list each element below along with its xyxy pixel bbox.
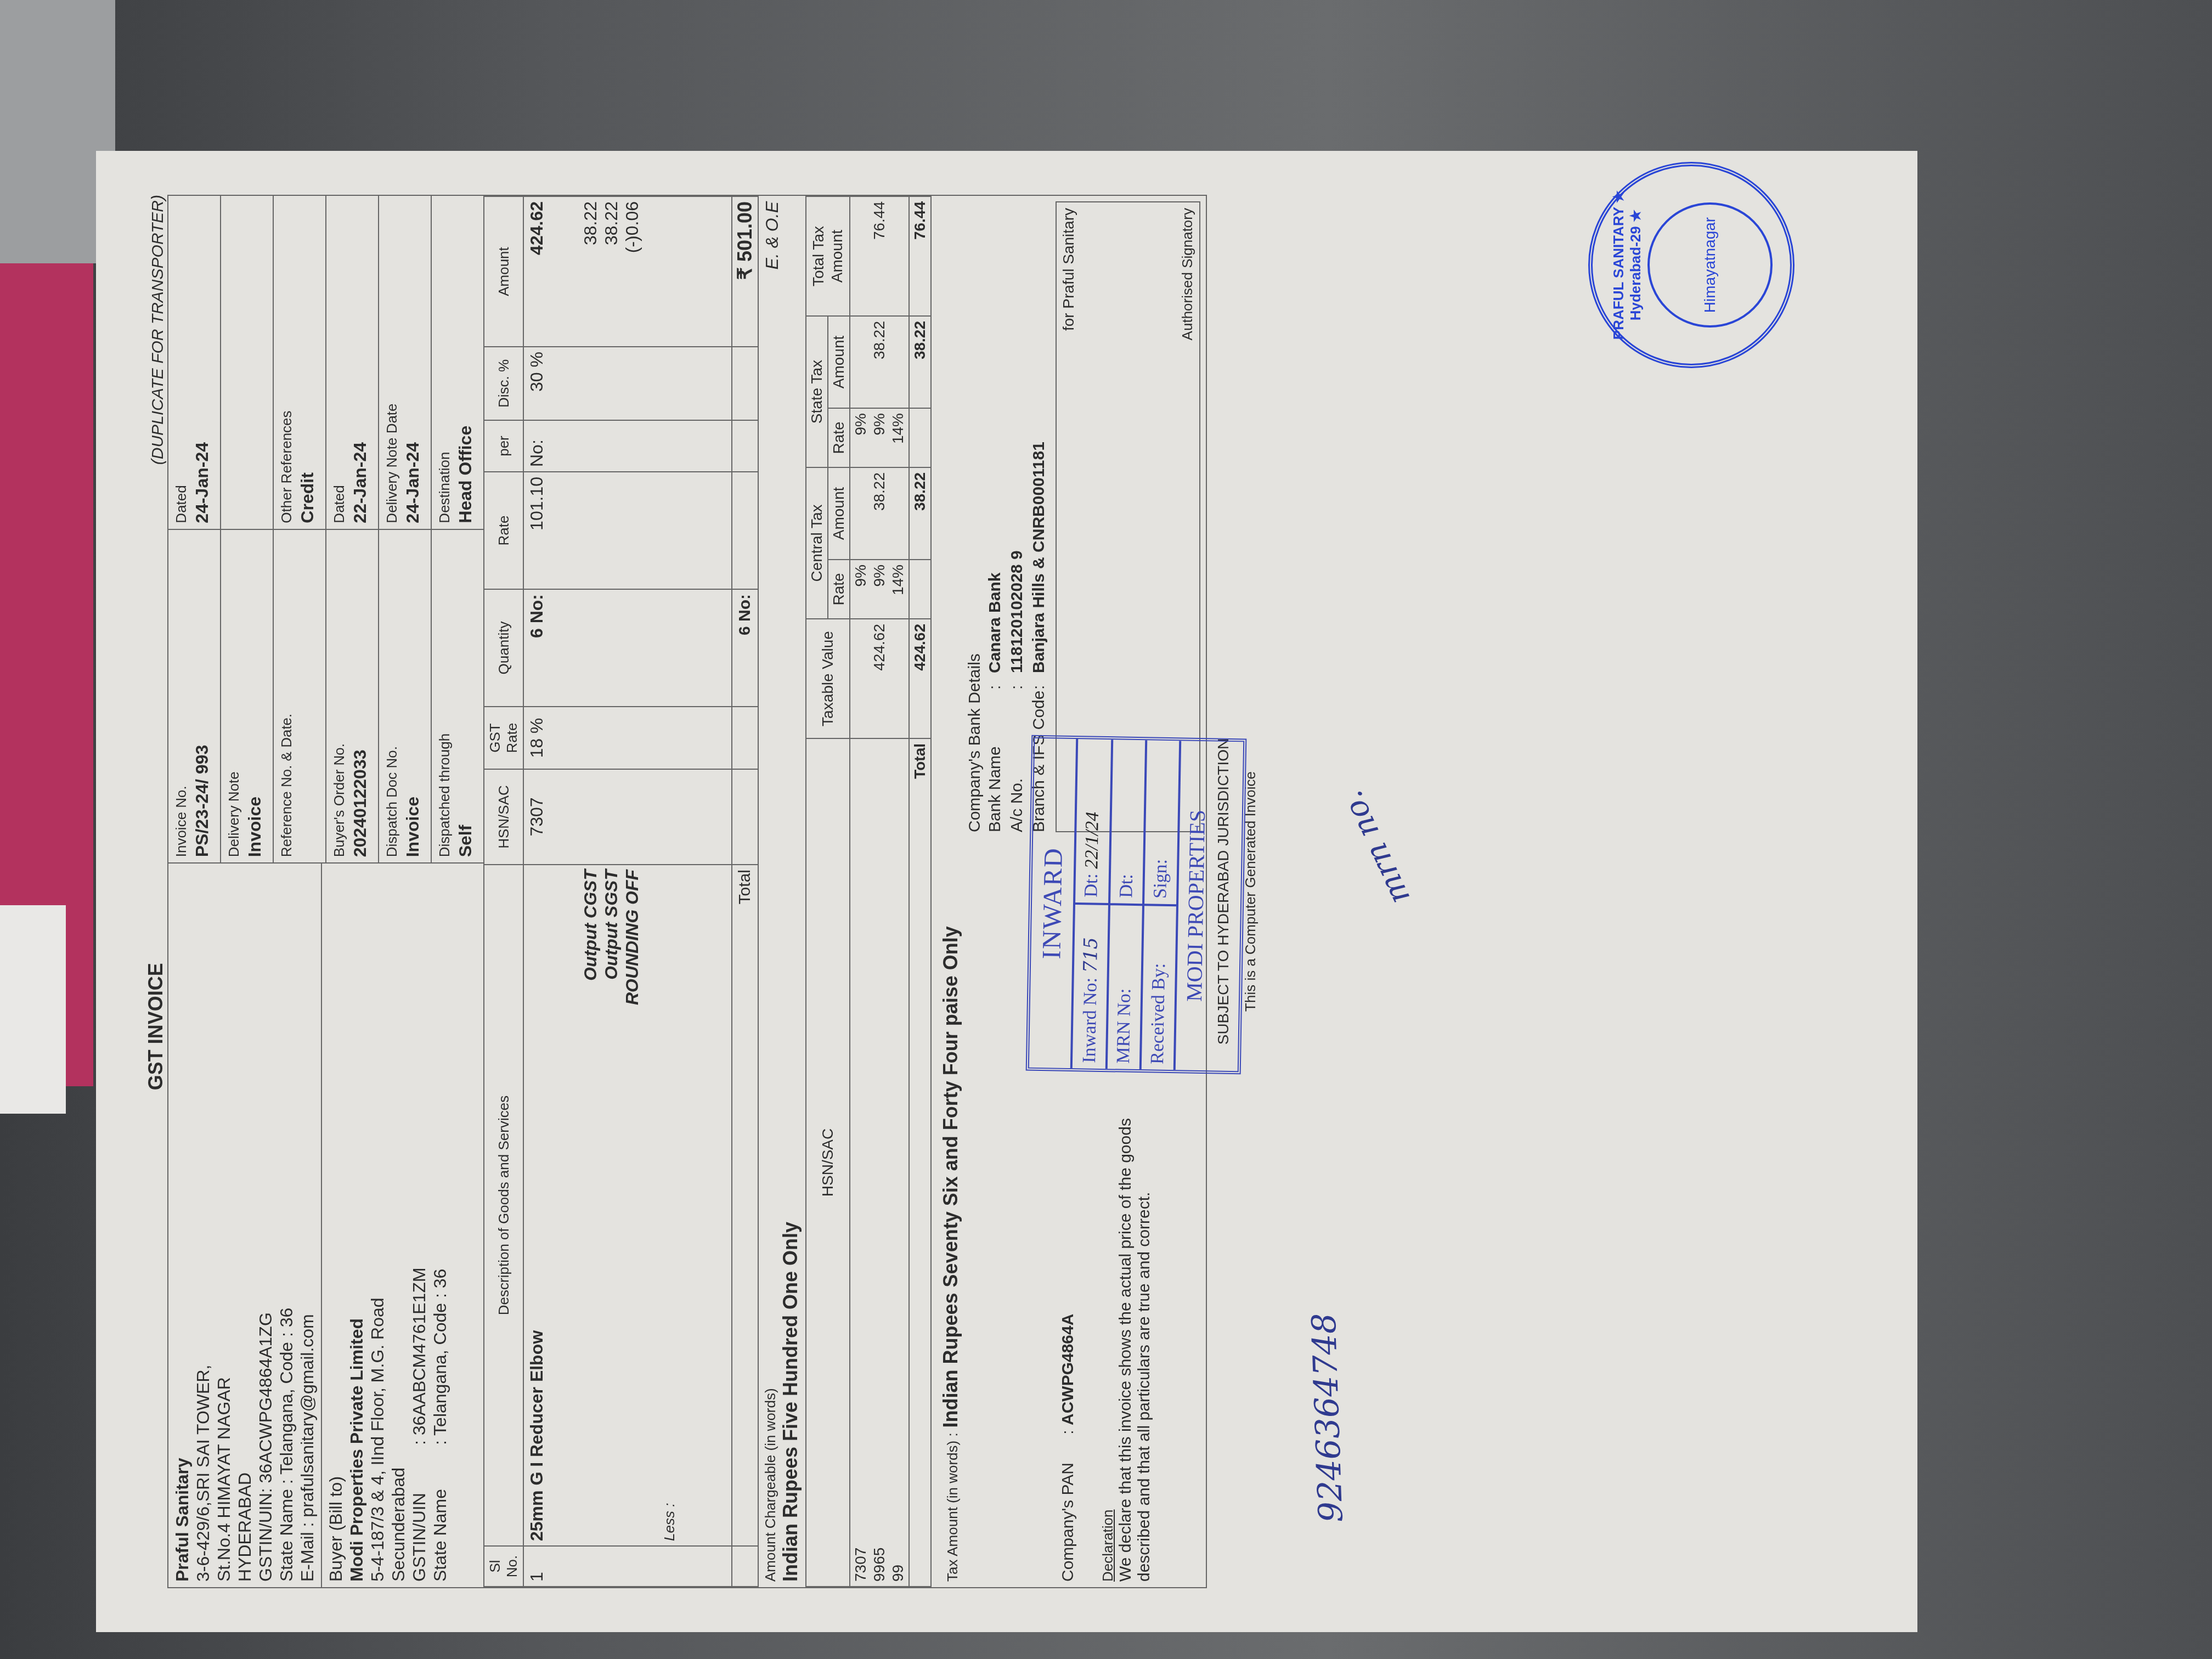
- account-no: 118120102028 9: [1006, 201, 1028, 673]
- declaration-text: We declare that this invoice shows the a…: [1116, 1088, 1154, 1582]
- copy-label: (DUPLICATE FOR TRANSPORTER): [149, 195, 167, 465]
- other-references: Credit: [297, 201, 318, 523]
- inward-stamp-title: INWARD: [1029, 738, 1078, 1068]
- computer-generated-note: This is a Computer Generated Invoice: [1242, 195, 1259, 1588]
- seller-block: Praful Sanitary 3-6-429/6,SRI SAI TOWER,…: [168, 864, 322, 1587]
- tax-s-rate: 9%: [851, 413, 870, 462]
- col-disc: Disc. %: [484, 347, 523, 420]
- meta-row: Delivery NoteInvoice: [221, 196, 274, 862]
- meta-label: Dated: [171, 201, 191, 523]
- inward-date: 22/1/24: [1081, 811, 1103, 869]
- item-rate: 101.10: [523, 472, 732, 589]
- col-per: per: [484, 420, 523, 472]
- meta-label: Delivery Note: [223, 535, 244, 857]
- dispatched-through: Self: [455, 535, 476, 857]
- less-label: Less :: [659, 870, 680, 1541]
- seller-address-3: HYDERABAD: [234, 869, 255, 1582]
- inward-stamp-row: MRN No: Dt:: [1108, 740, 1147, 1069]
- seller-email: E-Mail : prafulsanitary@gmail.com: [297, 869, 318, 1582]
- tax-c-rate-cell: 9%9%14%: [850, 560, 909, 619]
- amount-words-label: Amount Chargeable (in words): [762, 1222, 779, 1582]
- tax-words-block: Tax Amount (in words) : Indian Rupees Se…: [932, 196, 966, 1587]
- seller-name: Praful Sanitary: [172, 869, 193, 1582]
- tax-total-label: Total: [909, 738, 931, 1587]
- item-quantity: 6 No:: [523, 589, 732, 707]
- eoe-label: E. & O.E: [762, 201, 802, 269]
- item-per: No:: [523, 420, 732, 472]
- meta-row: Invoice No.PS/23-24/ 993 Dated24-Jan-24: [168, 196, 221, 862]
- buyer-address-1: 5-4-187/3 & 4, IInd Floor, M.G. Road: [367, 869, 388, 1582]
- meta-label: Reference No. & Date.: [276, 535, 297, 857]
- inward-stamp: INWARD Inward No: 715 Dt: 22/1/24 MRN No…: [1026, 735, 1247, 1075]
- meta-label: Dispatch Doc No.: [381, 535, 402, 857]
- tax-words-label: Tax Amount (in words) :: [944, 1432, 961, 1582]
- tax-total-c-amount: 38.22: [909, 467, 931, 560]
- seller-state: State Name : Telangana, Code : 36: [276, 869, 297, 1582]
- meta-row: Dispatch Doc No.Invoice Delivery Note Da…: [379, 196, 432, 862]
- tax-hsn: 9965: [870, 743, 889, 1582]
- buyer-gstin-row: GSTIN/UIN : 36AABCM4761E1ZM: [409, 869, 430, 1582]
- col-rate: Rate: [484, 472, 523, 589]
- seller-address-2: St.No.4 HIMAYAT NAGAR: [213, 869, 234, 1582]
- tax-s-rate: 9%: [870, 413, 889, 462]
- tax-hsn: 99: [889, 743, 907, 1582]
- meta-label: Invoice No.: [171, 535, 191, 857]
- table-row: 7307996599 424.62 9%9%14% 38.22 9%9%14% …: [850, 196, 909, 1587]
- charge-sgst-label: Output SGST: [601, 870, 622, 1541]
- item-amount-cell: 424.62 38.22 38.22 (-)0.06: [523, 196, 732, 347]
- tax-total-s-amount: 38.22: [909, 316, 931, 408]
- meta-label: Delivery Note Date: [381, 201, 402, 523]
- received-by-label: Received By:: [1142, 906, 1176, 1070]
- tax-col-c-amount: Amount: [828, 467, 850, 560]
- tax-c-rate: 9%: [870, 565, 889, 614]
- seal-inner: Himayatnagar: [1647, 202, 1773, 328]
- col-hsn: HSN/SAC: [484, 769, 523, 865]
- buyer-state-label: State Name: [430, 1450, 450, 1582]
- amount-words: Indian Rupees Five Hundred One Only: [779, 1222, 802, 1582]
- tax-s-rate: 14%: [889, 413, 907, 462]
- tax-col-s-rate: Rate: [828, 408, 850, 467]
- bank-heading: Company's Bank Details: [966, 201, 984, 832]
- seal-inner-text: Himayatnagar: [1701, 217, 1719, 313]
- party-and-meta: Praful Sanitary 3-6-429/6,SRI SAI TOWER,…: [168, 196, 483, 1587]
- tax-col-central: Central Tax: [806, 467, 828, 619]
- invoice-date: 24-Jan-24: [191, 201, 212, 523]
- tax-col-c-rate: Rate: [828, 560, 850, 619]
- meta-row: Dispatched throughSelf DestinationHead O…: [432, 196, 483, 862]
- charge-rounding-label: ROUNDING OFF: [622, 870, 642, 1541]
- total-label: Total: [732, 865, 758, 1546]
- invoice-title: GST INVOICE: [144, 465, 167, 1588]
- item-amount: 424.62: [526, 201, 547, 342]
- total-quantity: 6 No:: [732, 589, 758, 707]
- table-row: 1 25mm G I Reducer Elbow Output CGST Out…: [523, 196, 732, 1587]
- account-no-label: A/c No.: [1006, 690, 1028, 832]
- grand-total: ₹ 501.00: [732, 196, 758, 347]
- tax-s-rate-cell: 9%9%14%: [850, 408, 909, 467]
- col-description: Description of Goods and Services: [484, 865, 523, 1546]
- pan-value: ACWPG4864A: [1059, 1314, 1077, 1425]
- inward-stamp-row: Received By: Sign:: [1142, 740, 1181, 1070]
- seller-address-1: 3-6-429/6,SRI SAI TOWER,: [193, 869, 213, 1582]
- buyers-order-no: 20240122033: [349, 535, 370, 857]
- tax-total: 76.44: [850, 196, 909, 316]
- order-date: 22-Jan-24: [349, 201, 370, 523]
- signatory-label: Authorised Signatory: [1179, 208, 1196, 340]
- bank-name: Canara Bank: [984, 201, 1006, 673]
- invoice-header: GST INVOICE (DUPLICATE FOR TRANSPORTER): [129, 195, 167, 1588]
- item-description-cell: 25mm G I Reducer Elbow Output CGST Outpu…: [523, 865, 732, 1546]
- tax-total-amount: 76.44: [909, 196, 931, 316]
- meta-label: Dated: [329, 201, 349, 523]
- tax-hsn: 7307: [851, 743, 870, 1582]
- items-total-row: Total 6 No: ₹ 501.00: [732, 196, 758, 1587]
- buyer-name: Modi Properties Private Limited: [346, 869, 367, 1582]
- tax-summary-table: HSN/SAC Taxable Value Central Tax State …: [805, 196, 932, 1587]
- bank-name-label: Bank Name: [984, 690, 1006, 832]
- invoice-sheet: GST INVOICE (DUPLICATE FOR TRANSPORTER) …: [96, 151, 1917, 1632]
- meta-block: Invoice No.PS/23-24/ 993 Dated24-Jan-24 …: [168, 196, 483, 862]
- mrn-dt-label: Dt:: [1110, 740, 1145, 906]
- ifsc: Banjara Hills & CNRB0001181: [1028, 201, 1050, 673]
- tax-c-rate: 9%: [851, 565, 870, 614]
- delivery-note-date: 24-Jan-24: [402, 201, 423, 523]
- tax-col-total: Total Tax Amount: [806, 196, 850, 316]
- col-quantity: Quantity: [484, 589, 523, 707]
- item-hsn: 7307: [523, 769, 732, 865]
- meta-label: Dispatched through: [434, 535, 455, 857]
- mrn-label: MRN No:: [1108, 905, 1142, 1069]
- inward-dt-label: Dt:: [1081, 873, 1102, 898]
- charge-sgst-amount: 38.22: [601, 201, 622, 342]
- inward-no-label: Inward No:: [1079, 977, 1101, 1063]
- col-gst-rate: GST Rate: [484, 707, 523, 769]
- destination: Head Office: [455, 201, 476, 523]
- inward-stamp-company: MODI PROPERTIES: [1176, 741, 1216, 1070]
- charge-rounding-amount: (-)0.06: [622, 201, 642, 342]
- buyer-address-2: Secunderabad: [388, 869, 409, 1582]
- background-sheet: [0, 905, 66, 1114]
- buyer-state: Telangana, Code : 36: [430, 1269, 450, 1436]
- tax-c-rate: 14%: [889, 565, 907, 614]
- handwritten-mrn-note: mrn no.: [1334, 785, 1417, 910]
- tax-total-row: Total 424.62 38.22 38.22 76.44: [909, 196, 931, 1587]
- tax-col-state: State Tax: [806, 316, 828, 467]
- col-amount: Amount: [484, 196, 523, 347]
- charge-cgst-label: Output CGST: [580, 870, 601, 1541]
- tax-hsn-cell: 7307996599: [850, 738, 909, 1587]
- sign-label: Sign:: [1144, 740, 1179, 906]
- amount-words-block: Amount Chargeable (in words) Indian Rupe…: [759, 196, 805, 1587]
- party-block: Praful Sanitary 3-6-429/6,SRI SAI TOWER,…: [168, 862, 483, 1587]
- seal-outer-text: PRAFUL SANITARY ★ Hyderabad-29 ★: [1610, 166, 1644, 364]
- delivery-note: Invoice: [244, 535, 265, 857]
- buyer-state-row: State Name : Telangana, Code : 36: [430, 869, 450, 1582]
- item-sl: 1: [523, 1546, 732, 1587]
- meta-label: Destination: [434, 201, 455, 523]
- inward-no: 715: [1080, 937, 1102, 973]
- inward-stamp-row: Inward No: 715 Dt: 22/1/24: [1073, 739, 1113, 1069]
- item-gst-rate: 18 %: [523, 707, 732, 769]
- meta-row: Buyer's Order No.20240122033 Dated22-Jan…: [326, 196, 379, 862]
- item-disc: 30 %: [523, 347, 732, 420]
- tax-taxable: 424.62: [850, 619, 909, 738]
- tax-col-taxable: Taxable Value: [806, 619, 850, 738]
- invoice-photo: GST INVOICE (DUPLICATE FOR TRANSPORTER) …: [96, 134, 1917, 1649]
- tax-s-amount: 38.22: [850, 316, 909, 408]
- dispatch-doc-no: Invoice: [402, 535, 423, 857]
- charge-cgst-amount: 38.22: [580, 201, 601, 342]
- tax-col-s-amount: Amount: [828, 316, 850, 408]
- tax-col-hsn: HSN/SAC: [806, 738, 850, 1587]
- invoice-number: PS/23-24/ 993: [191, 535, 212, 857]
- items-table: Sl No. Description of Goods and Services…: [483, 196, 759, 1587]
- company-seal: PRAFUL SANITARY ★ Hyderabad-29 ★ Himayat…: [1588, 162, 1795, 368]
- items-header-row: Sl No. Description of Goods and Services…: [484, 196, 523, 1587]
- buyer-label: Buyer (Bill to): [325, 869, 346, 1582]
- meta-row: Reference No. & Date. Other ReferencesCr…: [274, 196, 326, 862]
- buyer-gstin-label: GSTIN/UIN: [409, 1450, 430, 1582]
- meta-label: Other References: [276, 201, 297, 523]
- pan-label: Company's PAN: [1059, 1439, 1077, 1582]
- buyer-block: Buyer (Bill to) Modi Properties Private …: [322, 864, 454, 1587]
- seller-gstin: GSTIN/UIN: 36ACWPG4864A1ZG: [255, 869, 276, 1582]
- buyer-gstin: 36AABCM4761E1ZM: [409, 1267, 429, 1435]
- tax-c-amount: 38.22: [850, 467, 909, 560]
- handwritten-phone: 9246364748: [1305, 1312, 1350, 1523]
- col-sl: Sl No.: [484, 1546, 523, 1587]
- meta-label: Buyer's Order No.: [329, 535, 349, 857]
- tax-words: Indian Rupees Seventy Six and Forty Four…: [939, 926, 962, 1427]
- tax-total-taxable: 424.62: [909, 619, 931, 738]
- item-description: 25mm G I Reducer Elbow: [526, 870, 547, 1541]
